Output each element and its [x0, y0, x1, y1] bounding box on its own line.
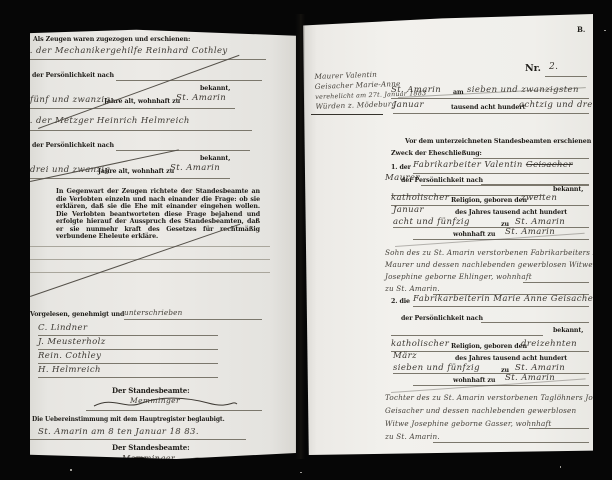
bride-birth-place: St. Amarin [515, 363, 565, 373]
ruled-line [86, 410, 262, 411]
ruled-line [30, 108, 235, 109]
signature-groom-record1: C. Lindner [38, 323, 87, 333]
record-month: Januar [393, 100, 424, 110]
ruled-line [38, 363, 218, 364]
ruled-line [30, 439, 246, 440]
margin-note-underline [311, 114, 383, 115]
unterschrieben-handwritten: unterschrieben [124, 308, 182, 317]
record-year: achtzig und drei. [519, 100, 593, 110]
witness3-age: fünf und zwanzig [30, 95, 110, 105]
wohnhaft-label: wohnhaft zu [453, 377, 495, 384]
ruled-line [433, 442, 589, 443]
signature-witness3: Rein. Cothley [38, 351, 101, 361]
ruled-line [393, 227, 589, 228]
groom-birth-month: Januar [393, 205, 424, 215]
witness4-residence: St. Amarin [170, 163, 220, 173]
groom-parents-line: Sohn des zu St. Amarin verstorbenen Fabr… [385, 248, 593, 257]
dust-speck [560, 466, 561, 468]
bride-parents-line: zu St. Amarin. [385, 432, 440, 441]
ruled-line [413, 173, 589, 174]
ruled-line [38, 349, 218, 350]
persoenlichkeit-label: der Persönlichkeit nach [401, 315, 483, 322]
ruled-line [545, 76, 587, 77]
bride-occupation-name: Fabrikarbeiterin Marie Anne Geisacher [413, 294, 593, 304]
registrar-signature: Memminger [130, 396, 180, 405]
groom-birth-year: acht und fünfzig [393, 217, 470, 227]
groom-parents-line: Maurer und dessen nachlebenden gewerblos… [385, 260, 593, 269]
ruled-line [30, 59, 266, 60]
tausend-label: tausend acht hundert [451, 104, 525, 111]
bride-name: Marie Anne Geisacher [493, 294, 593, 304]
ruled-line [124, 319, 262, 320]
dust-speck [70, 469, 72, 471]
wohnhaft-label: wohnhaft zu [453, 231, 495, 238]
des-jahres-label: des Jahres tausend acht hundert [455, 355, 567, 362]
page-corner-label: B. [577, 25, 585, 34]
witness3-line: 3. der Mechanikergehilfe Reinhard Cothle… [30, 46, 228, 56]
intro-line-2: Zweck der Eheschließung: [391, 150, 482, 157]
bride-parents-line: Geisacher und dessen nachlebenden gewerb… [385, 406, 576, 415]
ruled-line [30, 272, 270, 273]
dust-speck [300, 472, 302, 473]
bekannt-label: bekannt, [553, 186, 583, 193]
ruled-line [393, 373, 589, 374]
religion-geboren-label: Religion, geboren den [451, 343, 527, 350]
ruled-line [481, 322, 589, 323]
ruled-line [523, 282, 589, 283]
bride-occupation: Fabrikarbeiterin [413, 294, 490, 304]
bride-birth-year: sieben und fünfzig [393, 363, 480, 373]
ruled-line [413, 306, 589, 307]
scanned-register-photo: Als Zeugen waren zugezogen und erschiene… [0, 0, 612, 480]
persoenlichkeit-label: der Persönlichkeit nach [32, 72, 114, 79]
groom-number-label: 1. der [391, 164, 411, 171]
persoenlichkeit-label: der Persönlichkeit nach [401, 177, 483, 184]
ruled-line [38, 335, 218, 336]
groom-parents-line: Josephine geborne Ehlinger, wohnhaft [385, 272, 532, 281]
ruled-line [30, 178, 230, 179]
bekannt-label: bekannt, [553, 327, 583, 334]
persoenlichkeit-label: der Persönlichkeit nach [32, 142, 114, 149]
record-number-value: 2. [549, 62, 558, 72]
bride-birth-day: dreizehnten [521, 339, 577, 349]
record-number-label: Nr. [525, 63, 541, 74]
intro-line-1: Vor dem unterzeichneten Standesbeamten e… [405, 138, 593, 145]
ruled-line [116, 150, 250, 151]
groom-birth-day: zweiten [521, 193, 557, 203]
witnesses-heading: Als Zeugen waren zugezogen und erschiene… [33, 36, 190, 43]
groom-surname-struck: Geisacher [526, 160, 573, 170]
ruled-line [38, 377, 218, 378]
groom-occupation-name: Fabrikarbeiter Valentin Geisacher [413, 160, 573, 170]
marriage-declaration-paragraph: In Gegenwart der Zeugen richtete der Sta… [56, 188, 260, 241]
des-jahres-label: des Jahres tausend acht hundert [455, 209, 567, 216]
jahre-alt-label: Jahre alt, wohnhaft zu [98, 168, 174, 175]
bride-parents-line: Witwe Josephine geborne Gasser, wohnhaft [385, 419, 551, 428]
groom-religion: katholischer [391, 193, 449, 203]
ruled-line [481, 184, 589, 185]
groom-first-name: Valentin [484, 160, 522, 170]
ruled-line [391, 335, 543, 336]
bekannt-label: bekannt, [200, 155, 230, 162]
ruled-line [30, 246, 270, 247]
bride-religion: katholischer [391, 339, 449, 349]
ruled-line [30, 259, 270, 260]
ruled-line [529, 428, 589, 429]
bride-birth-month: März [393, 351, 417, 361]
certification-date-line: St. Amarin am 8 ten Januar 18 83. [38, 427, 199, 437]
left-register-page: Als Zeugen waren zugezogen und erschiene… [30, 28, 296, 459]
bride-number-label: 2. die [391, 298, 410, 305]
hauptregister-certification: Die Uebereinstimmung mit dem Hauptregist… [32, 416, 225, 423]
groom-birth-place: St. Amarin [515, 217, 565, 227]
record-place: St. Amarin [391, 85, 441, 95]
dust-speck [604, 30, 606, 31]
groom-occupation: Fabrikarbeiter [413, 160, 481, 170]
registrar-signature-2: Memminger [122, 454, 175, 459]
ruled-line [393, 113, 589, 114]
signature-witness4: H. Helmreich [38, 365, 101, 375]
ruled-line [473, 158, 589, 159]
groom-parents-line: zu St. Amarin. [385, 284, 440, 293]
ruled-line [30, 130, 252, 131]
vorgelesen-label: Vorgelesen, genehmigt und [30, 311, 124, 318]
bekannt-label: bekannt, [200, 85, 230, 92]
book-gutter-shadow [295, 14, 305, 459]
ruled-line [116, 80, 262, 81]
religion-geboren-label: Religion, geboren den [451, 197, 527, 204]
bride-parents-line: Tochter des zu St. Amarin verstorbenen T… [385, 393, 593, 402]
signature-bride-record1: J. Meusterholz [38, 337, 106, 347]
right-register-page: B. Maurer Valentin Geisacher Marie-Anne … [303, 14, 593, 455]
ruled-line [391, 98, 589, 99]
witness3-residence: St. Amarin [176, 93, 226, 103]
ruled-line [391, 351, 589, 352]
